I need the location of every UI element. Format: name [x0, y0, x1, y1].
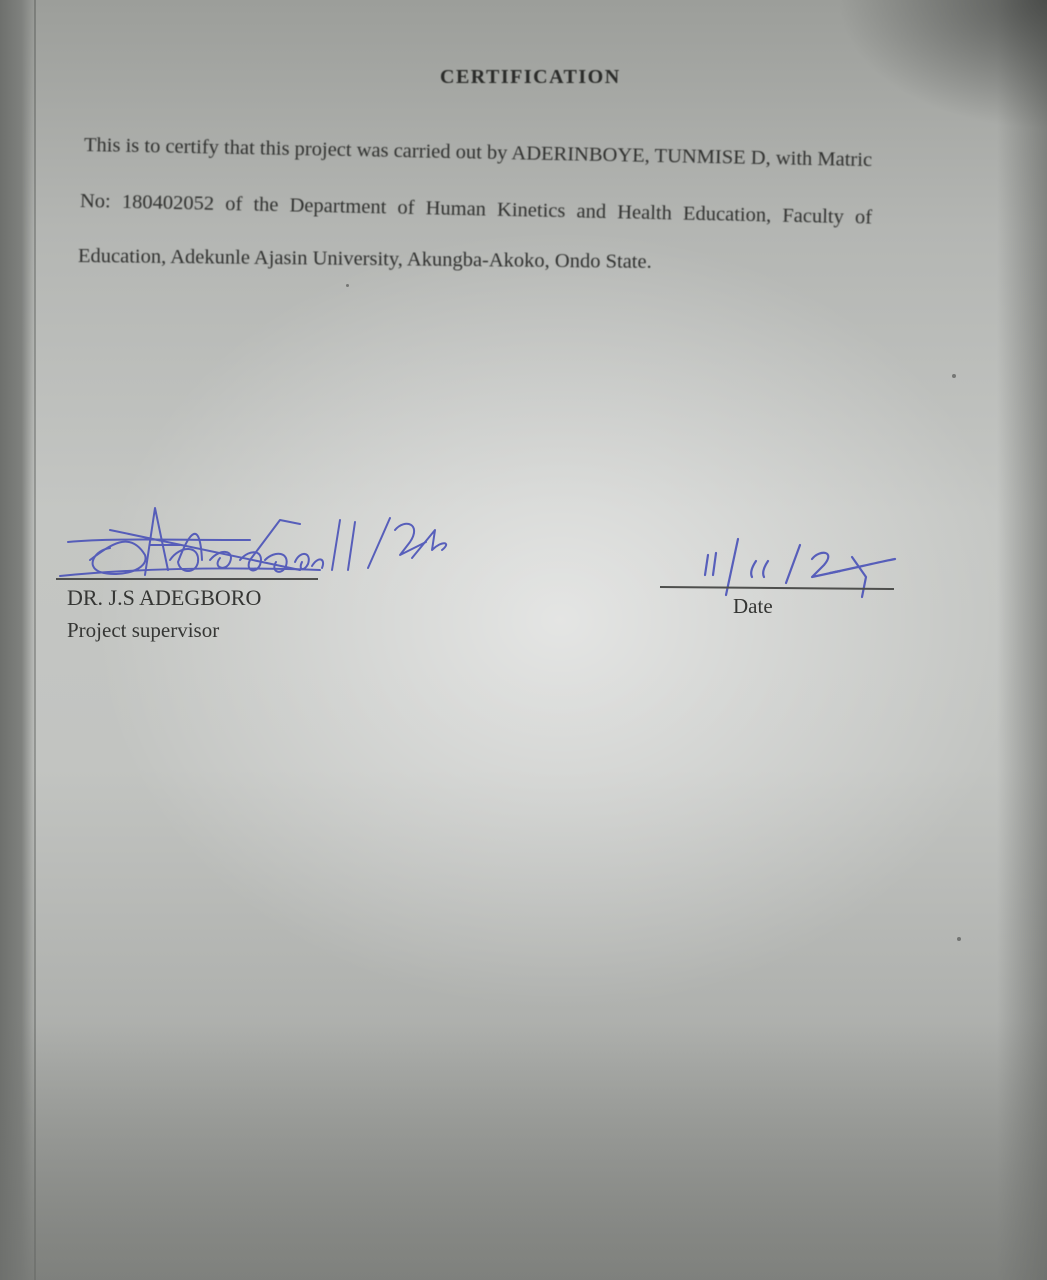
paper-speck	[346, 284, 349, 287]
certification-text-line-3: Education, Adekunle Ajasin University, A…	[78, 245, 652, 274]
signature-scribble-icon	[50, 500, 470, 590]
supervisor-name: DR. J.S ADEGBORO	[67, 585, 261, 611]
page-title: CERTIFICATION	[440, 66, 621, 89]
certification-page: CERTIFICATION This is to certify that th…	[0, 0, 1047, 1280]
certification-text-line-1: This is to certify that this project was…	[84, 134, 872, 172]
certification-text-line-2: No: 180402052 of the Department of Human…	[80, 190, 872, 230]
paper-speck	[957, 937, 961, 941]
handwritten-date-icon	[690, 535, 920, 605]
supervisor-signature	[50, 500, 470, 590]
paper-speck	[952, 374, 956, 378]
date-label: Date	[733, 594, 773, 619]
supervisor-signature-line	[56, 578, 318, 580]
supervisor-role: Project supervisor	[67, 618, 219, 643]
